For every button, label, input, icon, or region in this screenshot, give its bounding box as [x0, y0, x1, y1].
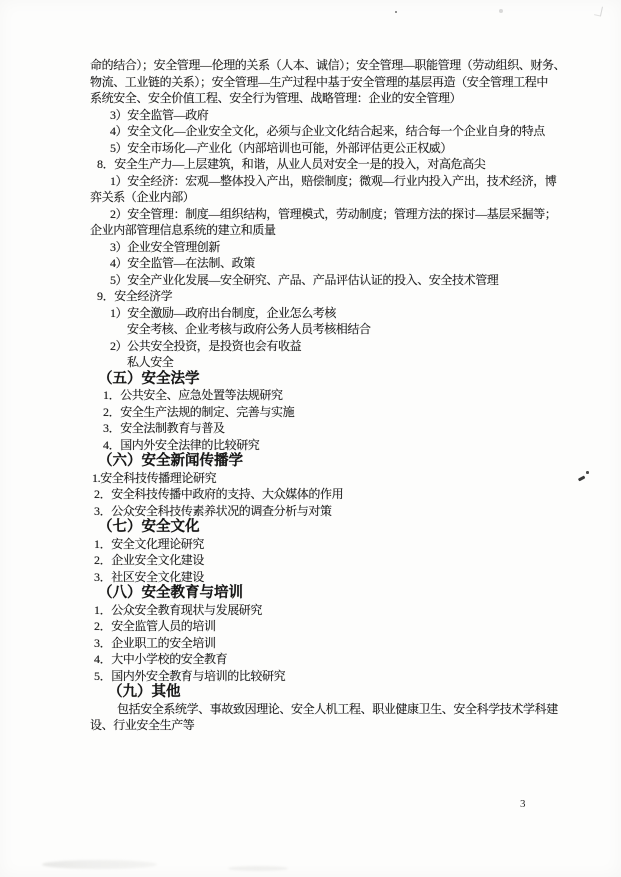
scan-smudge — [228, 866, 288, 871]
text-line: 5．国内外安全教育与培训的比较研究 — [90, 668, 595, 685]
text-line: 3）安全监管—政府 — [90, 107, 595, 124]
section-heading: （五）安全法学 — [90, 371, 595, 388]
text-line: 3）企业安全管理创新 — [90, 239, 595, 256]
text-line: 2）公共安全投资，是投资也会有收益 — [90, 338, 595, 355]
text-line: 3．企业职工的安全培训 — [90, 635, 595, 652]
text-line: 2．安全监管人员的培训 — [90, 618, 595, 635]
section-heading: （八）安全教育与培训 — [90, 585, 595, 602]
text-line: 2．安全生产法规的制定、完善与实施 — [90, 404, 595, 421]
text-line: 1.安全科技传播理论研究 — [90, 470, 595, 487]
text-line: 安全考核、企业考核与政府公务人员考核相结合 — [90, 321, 595, 338]
text-line: 1．公共安全、应急处置等法规研究 — [90, 387, 595, 404]
scan-speck — [499, 9, 503, 13]
text-line: 2．安全科技传播中政府的支持、大众媒体的作用 — [90, 486, 595, 503]
text-line: 5）安全市场化—产业化（内部培训也可能，外部评估更公正权威） — [90, 140, 595, 157]
text-line: 4．大中小学校的安全教育 — [90, 651, 595, 668]
scan-smudge — [42, 860, 157, 869]
text-line: 系统安全、安全价值工程、安全行为管理、战略管理：企业的安全管理） — [90, 90, 595, 107]
text-line: 4）安全文化—企业安全文化，必须与企业文化结合起来，结合每一个企业自身的特点 — [90, 123, 595, 140]
document-body: 命的结合）；安全管理—伦理的关系（人本、诚信）；安全管理—职能管理（劳动组织、财… — [90, 57, 595, 734]
text-line: 3．公众安全科技传素养状况的调查分析与对策 — [90, 503, 595, 520]
section-heading: （九）其他 — [90, 684, 595, 701]
text-line: 2）安全管理：制度—组织结构，管理模式，劳动制度；管理方法的探讨—基层采掘等； — [90, 206, 595, 223]
scan-corner-mark — [594, 5, 603, 16]
text-line: 5）安全产业化发展—安全研究、产品、产品评估认证的投入、安全技术管理 — [90, 272, 595, 289]
text-line: 包括安全系统学、事故致因理论、安全人机工程、职业健康卫生、安全科学技术学科建 — [90, 701, 595, 718]
section-heading: （七）安全文化 — [90, 519, 595, 536]
text-line: 设、行业安全生产等 — [90, 717, 595, 734]
scan-speck — [395, 11, 397, 13]
text-line: 弈关系（企业内部） — [90, 189, 595, 206]
text-line: 8．安全生产力—上层建筑，和谐，从业人员对安全一是的投入，对高危高尖 — [90, 156, 595, 173]
text-line: 3．安全法制教育与普及 — [90, 420, 595, 437]
page-number: 3 — [520, 798, 526, 810]
text-line: 9．安全经济学 — [90, 288, 595, 305]
text-line: 私人安全 — [90, 354, 595, 371]
text-line: 1）安全经济：宏观—整体投入产出，赔偿制度；微观—行业内投入产出，技术经济，博 — [90, 173, 595, 190]
text-line: 1．公众安全教育现状与发展研究 — [90, 602, 595, 619]
text-line: 3．社区安全文化建设 — [90, 569, 595, 586]
text-line: 1）安全激励—政府出台制度，企业怎么考核 — [90, 305, 595, 322]
text-line: 1．安全文化理论研究 — [90, 536, 595, 553]
text-line: 4．国内外安全法律的比较研究 — [90, 437, 595, 454]
text-line: 物流、工业链的关系）；安全管理—生产过程中基于安全管理的基层再造（安全管理工程中 — [90, 74, 595, 91]
scanned-document-page: 命的结合）；安全管理—伦理的关系（人本、诚信）；安全管理—职能管理（劳动组织、财… — [0, 0, 621, 877]
section-heading: （六）安全新闻传播学 — [90, 453, 595, 470]
text-line: 企业内部管理信息系统的建立和质量 — [90, 222, 595, 239]
text-line: 命的结合）；安全管理—伦理的关系（人本、诚信）；安全管理—职能管理（劳动组织、财… — [90, 57, 595, 74]
text-line: 2．企业安全文化建设 — [90, 552, 595, 569]
text-line: 4）安全监管—在法制、政策 — [90, 255, 595, 272]
